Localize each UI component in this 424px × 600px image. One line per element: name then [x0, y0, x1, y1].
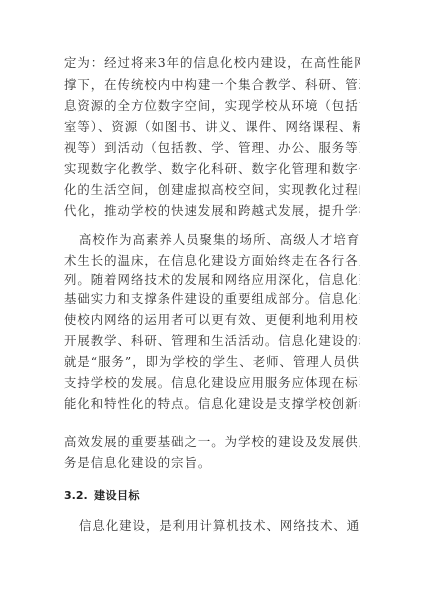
document-page: 定为：经过将来3年的信息化校内建设，在高性能网络平安体系的支 撑下，在传统校内中…: [0, 0, 424, 600]
text-line: 化的生活空间，创建虚拟高校空间，实现教化过程的全面信息化和现: [64, 179, 360, 200]
text-line: 息资源的全方位数字空间，实现学校从环境（包括设备、试验室、教: [64, 95, 360, 116]
text-line: 支持学校的发展。信息化建设应用服务应体现在标准化、网络化、智: [64, 372, 360, 393]
section-number: 3.2.: [64, 486, 94, 506]
text-line: 使校内网络的运用者可以更有效、更便利地利用校内网以及互联网来: [64, 309, 360, 330]
text-line: 室等）、资源（如图书、讲义、课件、网络课程、精品课程、数字电: [64, 116, 360, 137]
text-line: 基础实力和支撑条件建设的重要组成部分。信息化建设的目标是为了: [64, 288, 360, 309]
section-title: 建设目标: [94, 489, 140, 502]
text-line: 务是信息化建设的宗旨。: [64, 452, 360, 473]
text-line: 能化和特性化的特点。信息化建设是支撑学校创新教化、素养教化，: [64, 393, 360, 414]
text-line: 高效发展的重要基础之一。为学校的建设及发展供应更好的平台和服: [64, 431, 360, 452]
text-line: 代化，推动学校的快速发展和跨越式发展，提升学校的核心竞争力。: [64, 200, 360, 221]
text-line: 高校作为高素养人员聚集的场所、高级人才培育的基地、高新技: [79, 229, 360, 250]
text-line: 就是“服务”，即为学校的学生、老师、管理人员供应更好的服务，: [64, 351, 360, 372]
text-line: 实现数字化教学、数字化科研、数字化管理和数字化生活，创建数字: [64, 158, 360, 179]
text-line: 撑下，在传统校内中构建一个集合教学、科研、管理、生活等方面信: [64, 74, 360, 95]
text-line: 信息化建设，是利用计算机技术、网络技术、通讯技术对学校及: [79, 515, 360, 536]
text-line: 术生长的温床，在信息化建设方面始终走在各行各业信息化发展的前: [64, 250, 360, 271]
text-line: 视等）到活动（包括教、学、管理、办公、服务等）的全部数字化，: [64, 137, 360, 158]
text-line: 开展教学、科研、管理和生活活动。信息化建设的动身点和最终目标: [64, 330, 360, 351]
section-heading: 3.2.建设目标: [64, 486, 140, 506]
text-line: 列。随着网络技术的发展和网络应用深化，信息化建设已经成为高校: [64, 269, 360, 290]
text-line: 定为：经过将来3年的信息化校内建设，在高性能网络平安体系的支: [64, 52, 360, 73]
